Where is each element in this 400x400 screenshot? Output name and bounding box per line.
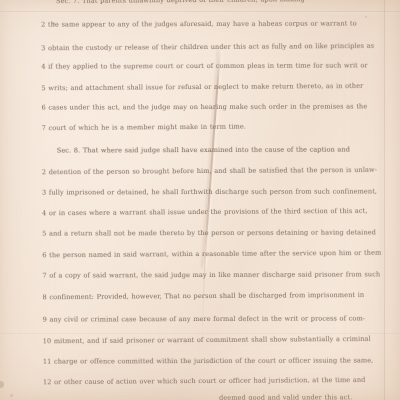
text-line: 7 court of which he is a member might ma… <box>42 123 246 132</box>
section-8-heading-line: Sec. 8. That where said judge shall have… <box>57 145 350 154</box>
text-line: 3 fully imprisoned or detained, he shall… <box>42 187 377 196</box>
text-line: 11 charge or offence committed within th… <box>43 356 373 365</box>
text-line: 9 any civil or criminal case because of … <box>43 314 365 323</box>
text-line: 5 writs; and attachment shall issue for … <box>41 82 363 92</box>
text-line: 10 mitment, and if said prisoner or warr… <box>43 335 371 345</box>
text-line: 6 the person named in said warrant, with… <box>42 249 381 259</box>
text-line: 3 obtain the custody or release of their… <box>41 42 374 52</box>
clipped-bottom-line: deemed good and valid under this act. <box>219 393 352 400</box>
text-line: 7 of a copy of said warrant, the said ju… <box>42 270 380 279</box>
text-line: 2 detention of the person so brought bef… <box>42 166 377 176</box>
text-line: 5 and a return shall not be made thereto… <box>42 228 376 237</box>
text-line: 4 if they applied to the supreme court o… <box>41 61 367 70</box>
text-line: 8 confinement: Provided, however, That n… <box>42 291 364 301</box>
section-7-heading-line: Sec. 7. That parents unlawfully deprived… <box>56 0 305 5</box>
text-line: 6 cases under this act, and the judge ma… <box>42 102 368 111</box>
text-line: 2 the same appear to any of the judges a… <box>41 19 357 28</box>
text-line: 4 or in cases where a warrant shall issu… <box>42 207 367 217</box>
text-line: 12 or other cause of action over which s… <box>43 376 365 386</box>
scanned-document-page: Sec. 7. That parents unlawfully deprived… <box>0 0 400 400</box>
printed-text-block: Sec. 7. That parents unlawfully deprived… <box>0 0 400 400</box>
